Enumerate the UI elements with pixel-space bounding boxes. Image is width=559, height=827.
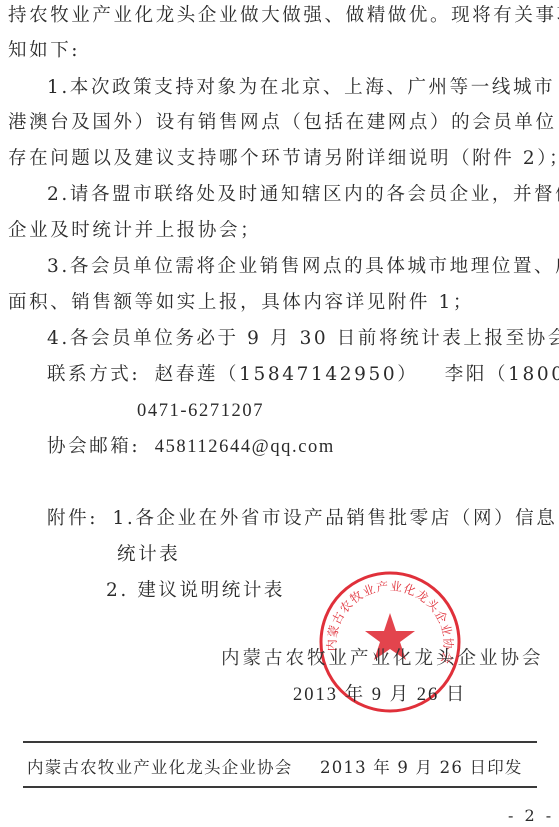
page-number: - 2 - bbox=[508, 806, 554, 825]
email-label: 协会邮箱: bbox=[47, 436, 140, 457]
contact-label: 联系方式: bbox=[47, 364, 140, 385]
contact-row: 联系方式: 赵春莲（15847142950） 李阳（18004711357） bbox=[47, 364, 559, 386]
signature-org: 内蒙古农牧业产业化龙头企业协会 bbox=[221, 648, 544, 670]
item-1-line-2: 港澳台及国外）设有销售网点（包括在建网点）的会员单位；将 bbox=[8, 112, 559, 134]
footer-org: 内蒙古农牧业产业化龙头企业协会 bbox=[27, 754, 293, 778]
item-3-line-1: 3.各会员单位需将企业销售网点的具体城市地理位置、店面 bbox=[47, 256, 559, 278]
item-3-line-2: 面积、销售额等如实上报，具体内容详见附件 1； bbox=[8, 292, 474, 314]
footer-top-rule bbox=[23, 741, 537, 743]
item-2-line-2: 企业及时统计并上报协会； bbox=[8, 220, 261, 242]
attachments-label: 附件: bbox=[47, 508, 98, 529]
signature-date: 2013 年 9 月 26 日 bbox=[293, 684, 466, 706]
paragraph-line: 持农牧业产业化龙头企业做大做强、做精做优。现将有关事项通 bbox=[8, 5, 559, 27]
contact-person-1: 赵春莲（15847142950） bbox=[155, 364, 419, 385]
attachment-item-1-cont: 统计表 bbox=[117, 544, 180, 566]
footer-bottom-rule bbox=[23, 786, 537, 788]
attachment-item-1: 1.各企业在外省市设产品销售批零店（网）信息 bbox=[113, 508, 558, 529]
paragraph-line: 知如下: bbox=[8, 40, 80, 62]
email-value[interactable]: 458112644@qq.com bbox=[155, 437, 335, 457]
contact-person-2: 李阳（18004711357） bbox=[445, 364, 559, 385]
attachments-row: 附件: 1.各企业在外省市设产品销售批零店（网）信息 bbox=[47, 508, 557, 530]
footer-issued-date: 2013 年 9 月 26 日印发 bbox=[320, 754, 523, 778]
item-1-line-3: 存在问题以及建议支持哪个环节请另附详细说明（附件 2）； bbox=[8, 148, 559, 170]
item-4: 4.各会员单位务必于 9 月 30 日前将统计表上报至协会； bbox=[47, 328, 559, 350]
contact-phone: 0471-6271207 bbox=[137, 400, 264, 422]
attachment-item-2: 2. 建议说明统计表 bbox=[106, 580, 285, 602]
item-2-line-1: 2.请各盟市联络处及时通知辖区内的各会员企业，并督促各 bbox=[47, 184, 559, 206]
item-1-line-1: 1.本次政策支持对象为在北京、上海、广州等一线城市（或 bbox=[47, 77, 559, 99]
email-row: 协会邮箱: 458112644@qq.com bbox=[47, 436, 335, 458]
